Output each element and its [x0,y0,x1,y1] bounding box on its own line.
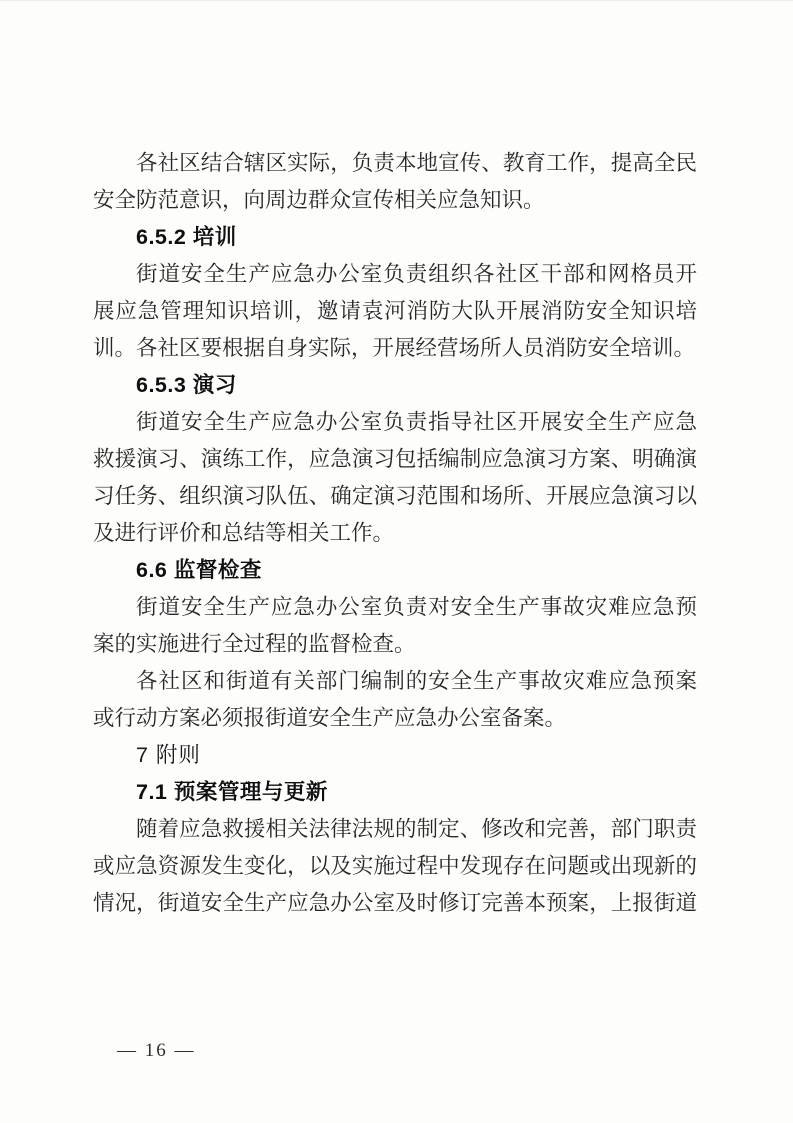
doc-line: 训。各社区要根据自身实际，开展经营场所人员消防安全培训。 [93,330,697,367]
doc-line: 街道安全生产应急办公室负责组织各社区干部和网格员开 [93,256,697,293]
heading-appendix: 7 附则 [93,737,697,774]
heading-training: 6.5.2 培训 [93,219,697,256]
document-body: 各社区结合辖区实际，负责本地宣传、教育工作，提高全民 安全防范意识，向周边群众宣… [93,145,697,922]
doc-line: 各社区结合辖区实际，负责本地宣传、教育工作，提高全民 [93,145,697,182]
doc-line: 情况，街道安全生产应急办公室及时修订完善本预案，上报街道 [93,885,697,922]
doc-line: 救援演习、演练工作，应急演习包括编制应急演习方案、明确演 [93,441,697,478]
doc-line: 习任务、组织演习队伍、确定演习范围和场所、开展应急演习以 [93,478,697,515]
document-page: 各社区结合辖区实际，负责本地宣传、教育工作，提高全民 安全防范意识，向周边群众宣… [0,0,793,1123]
doc-line: 安全防范意识，向周边群众宣传相关应急知识。 [93,182,697,219]
heading-plan-management: 7.1 预案管理与更新 [93,774,697,811]
doc-line: 各社区和街道有关部门编制的安全生产事故灾难应急预案 [93,663,697,700]
doc-line: 街道安全生产应急办公室负责指导社区开展安全生产应急 [93,404,697,441]
doc-line: 案的实施进行全过程的监督检查。 [93,626,697,663]
doc-line: 展应急管理知识培训，邀请袁河消防大队开展消防安全知识培 [93,293,697,330]
doc-line: 或行动方案必须报街道安全生产应急办公室备案。 [93,700,697,737]
heading-drill: 6.5.3 演习 [93,367,697,404]
heading-supervision: 6.6 监督检查 [93,552,697,589]
doc-line: 或应急资源发生变化，以及实施过程中发现存在问题或出现新的 [93,848,697,885]
doc-line: 街道安全生产应急办公室负责对安全生产事故灾难应急预 [93,589,697,626]
page-number: — 16 — [117,1039,196,1063]
doc-line: 随着应急救援相关法律法规的制定、修改和完善，部门职责 [93,811,697,848]
doc-line: 及进行评价和总结等相关工作。 [93,515,697,552]
